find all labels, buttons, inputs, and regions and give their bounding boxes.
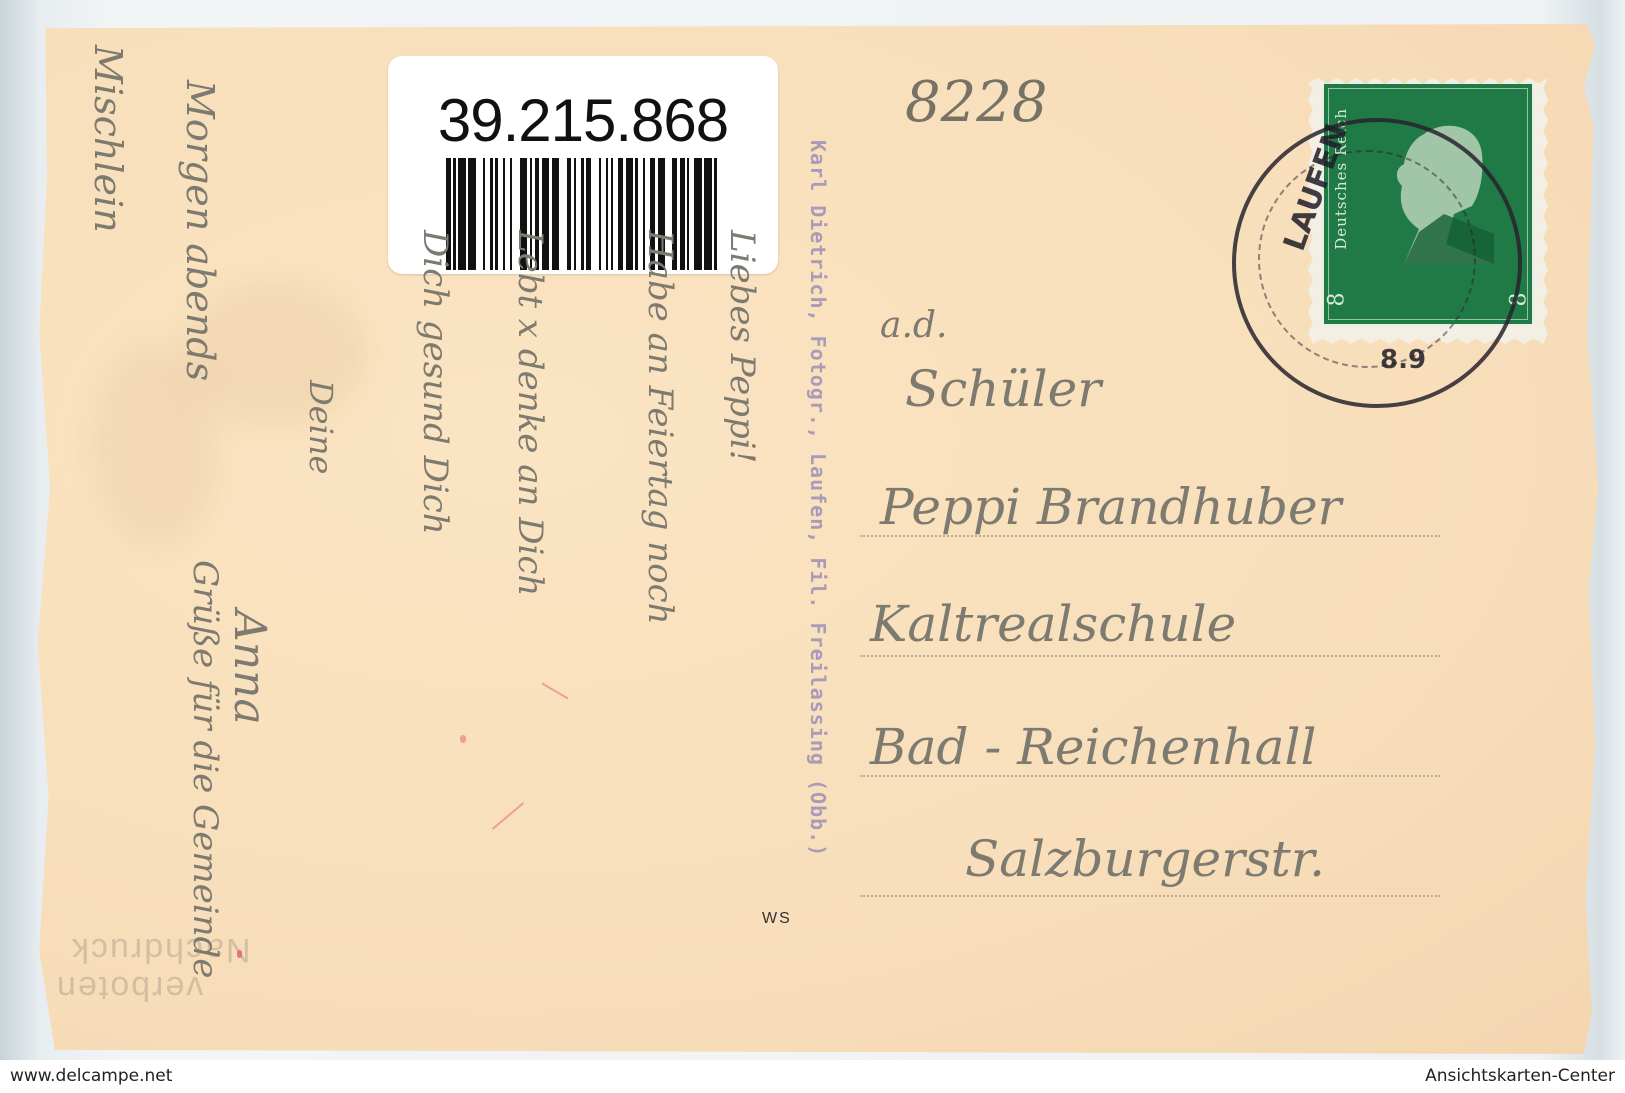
faint-print-2: verboten — [55, 968, 203, 1007]
photographer-imprint: Karl Dietrich, Fotogr., Laufen, Fil. Fre… — [806, 140, 830, 940]
printer-mark: WS — [762, 910, 792, 928]
address-line-3: Kaltrealschule — [870, 595, 1236, 653]
message-line: Grüße für die Gemeinde — [185, 560, 225, 978]
address-line-4: Bad - Reichenhall — [870, 718, 1316, 776]
barcode-bar — [468, 158, 475, 270]
address-line-2: Peppi Brandhuber — [880, 478, 1341, 536]
signature: Anna — [224, 610, 275, 725]
postmark-inner-ring — [1258, 150, 1476, 368]
barcode-bar — [694, 158, 701, 270]
barcode-bar — [717, 158, 719, 270]
barcode-bar — [704, 158, 711, 270]
address-line-rule — [860, 895, 1440, 897]
red-crayon-mark — [237, 950, 242, 958]
barcode-bar — [559, 158, 566, 270]
address-line-rule — [860, 655, 1440, 657]
barcode-bar — [552, 158, 559, 270]
barcode-bar — [626, 158, 633, 270]
address-line-5: Salzburgerstr. — [965, 830, 1325, 888]
message-line: Liebes Peppi! — [722, 230, 762, 463]
faint-print-1: Nachdruck — [70, 930, 251, 969]
message-line: Habe an Feiertag noch — [640, 230, 680, 625]
message-line: Deine — [302, 380, 340, 474]
pencil-reference-number: 8228 — [905, 70, 1048, 135]
watermark-left: www.delcampe.net — [10, 1066, 172, 1086]
postmark-date: 8.9 — [1380, 345, 1426, 375]
inventory-number: 39.215.868 — [388, 86, 778, 155]
barcode-bar — [591, 158, 598, 270]
message-line: Morgen abends — [178, 80, 222, 381]
address-prefix: a.d. — [880, 305, 947, 346]
message-line: Dich gesund Dich — [415, 230, 455, 535]
message-line: Lebt x denke an Dich — [510, 230, 550, 596]
message-line: Mischlein — [86, 45, 130, 233]
address-line-1: Schüler — [905, 360, 1101, 418]
barcode-bar — [476, 158, 483, 270]
barcode-bar — [458, 158, 465, 270]
watermark-right: Ansichtskarten-Center — [1425, 1066, 1615, 1086]
red-crayon-mark — [460, 735, 466, 743]
